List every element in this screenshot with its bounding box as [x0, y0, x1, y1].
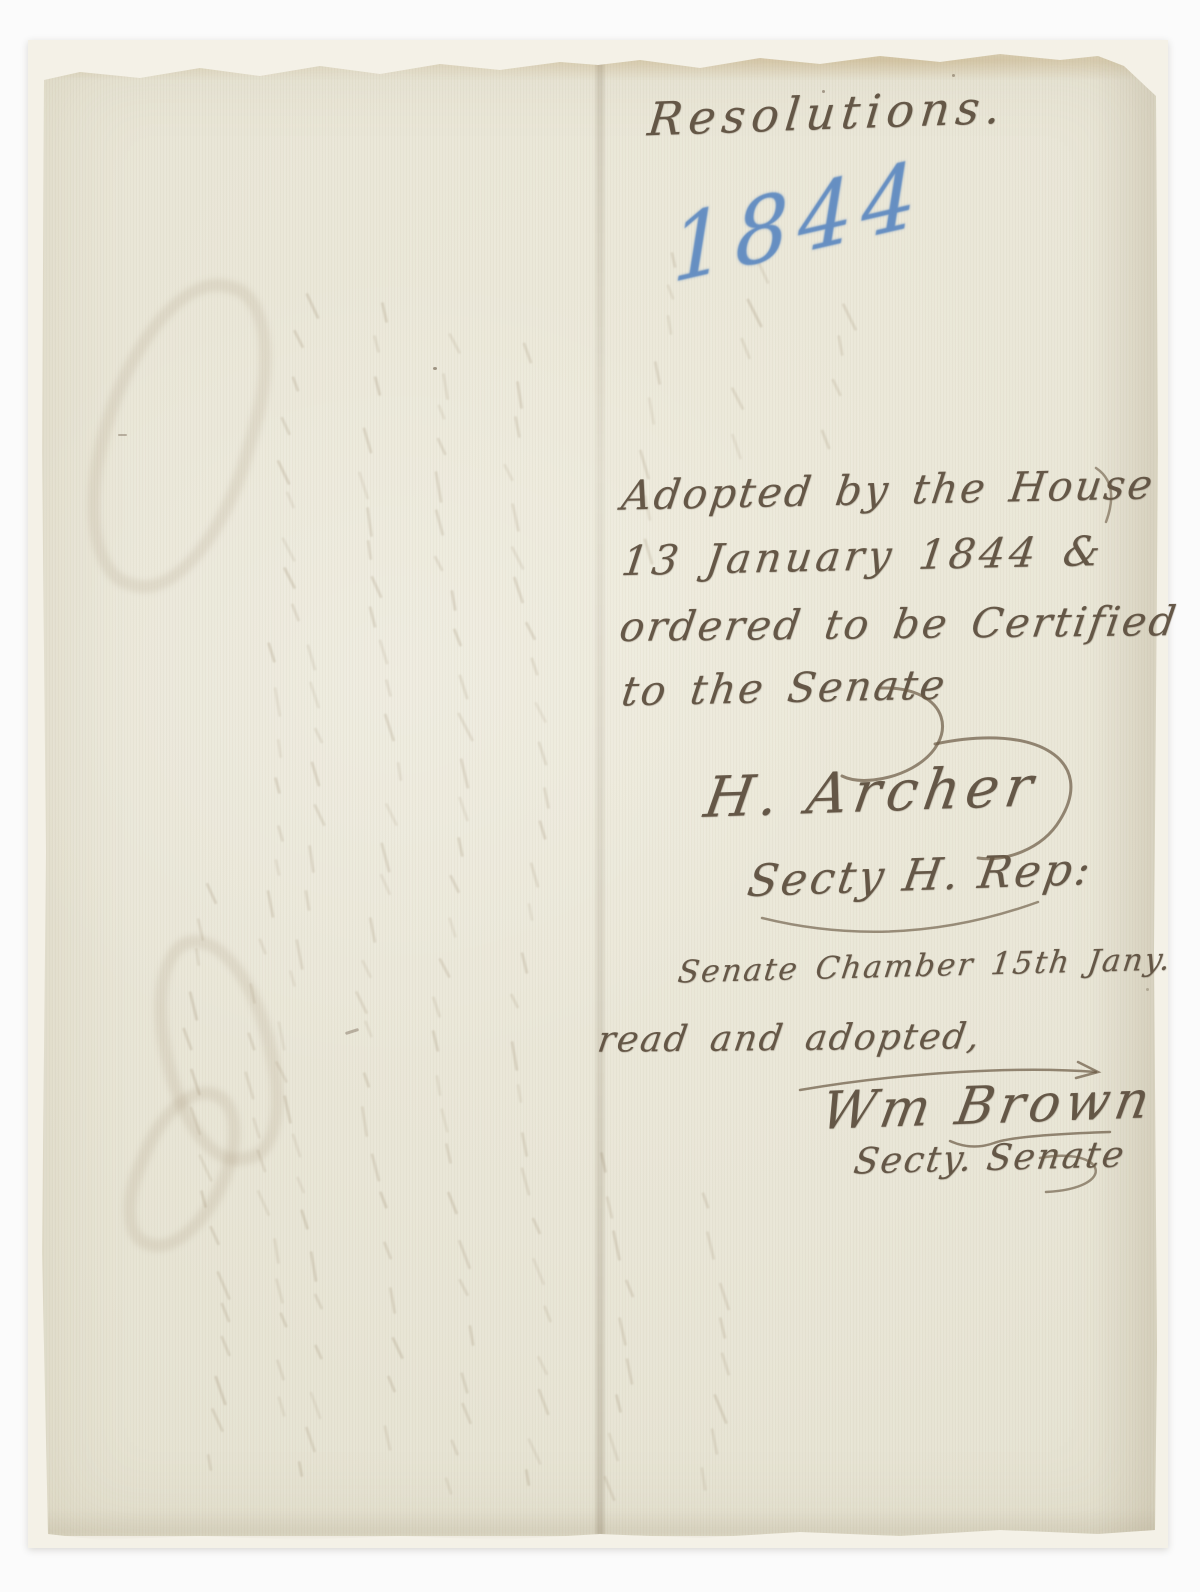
senate-action-line: read and adopted, [595, 1016, 984, 1060]
house-action-line: to the Senate [619, 661, 950, 716]
house-secretary-signature: H. Archer [700, 754, 1043, 831]
document-heading: Resolutions. [645, 80, 1009, 147]
house-secretary-title: Secty H. Rep: [744, 844, 1097, 907]
house-action-line: ordered to be Certified [616, 597, 1181, 651]
senate-action-line: Senate Chamber 15th Jany. [676, 941, 1175, 990]
year-annotation: 1844 [670, 140, 925, 304]
senate-secretary-title: Secty. Senate [851, 1134, 1128, 1182]
senate-secretary-signature: Wm Brown [817, 1070, 1159, 1142]
handwriting-layer: Resolutions. 1844 Adopted by the House 1… [0, 0, 1200, 1592]
house-action-line: 13 January 1844 & [619, 527, 1108, 585]
house-action-line: Adopted by the House [619, 460, 1158, 519]
document-scan: Resolutions. 1844 Adopted by the House 1… [0, 0, 1200, 1592]
